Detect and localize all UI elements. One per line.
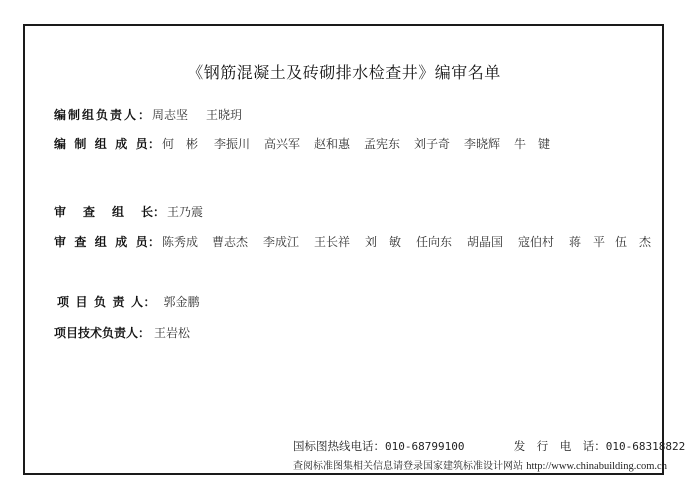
person-name: 周志坚 [152,106,206,123]
editor-members-colon: ： [148,135,160,152]
person-name: 高兴军 [264,135,314,152]
hotline-number: 010-68799100 [385,440,464,453]
document-title: 《钢筋混凝土及砖砌排水检查井》编审名单 [0,60,688,83]
person-name: 赵和惠 [314,135,364,152]
editor-lead-row: 编制组负责人 ： 周志坚 王晓玥 [54,104,242,124]
footer-phone-line: 国标图热线电话：010-68799100 发 行 电 话：010-6831882… [293,438,685,454]
person-name: 胡晶国 [467,233,518,250]
editor-lead-names: 周志坚 王晓玥 [152,106,242,123]
editor-members-row: 编制组成员 ： 何 彬 李振川 高兴军 赵和惠 孟宪东 刘子奇 李晓辉 牛 键 [54,133,550,153]
project-tech-lead-names: 王岩松 [154,324,190,341]
editor-lead-colon: ： [138,106,150,123]
review-members-colon: ： [148,233,160,250]
project-lead-names: 郭金鹏 [164,293,200,310]
person-name: 刘子奇 [414,135,464,152]
website-link[interactable]: http://www.chinabuilding.com.cn [526,461,667,472]
review-members-label: 审查组成员 [54,233,156,250]
review-members-row: 审查组成员 ： 陈秀成 曹志杰 李成江 王长祥 刘 敏 任向东 胡晶国 寇伯村 … [54,231,651,251]
person-name: 伍 杰 [615,233,651,250]
person-name: 曹志杰 [212,233,263,250]
person-name: 孟宪东 [364,135,414,152]
project-tech-lead-colon: ： [138,324,150,341]
hotline-label: 国标图热线电话： [293,439,385,453]
person-name: 牛 键 [514,135,550,152]
person-name: 陈秀成 [162,233,212,250]
footer-website-line: 查阅标准图集相关信息请登录国家建筑标准设计网站 http://www.china… [293,457,667,472]
person-name: 王晓玥 [206,106,242,123]
project-tech-lead-row: 项目技术负责人 ： 王岩松 [54,322,190,342]
person-name: 任向东 [416,233,467,250]
person-name: 郭金鹏 [164,293,200,310]
person-name: 刘 敏 [365,233,416,250]
person-name: 寇伯村 [518,233,569,250]
review-lead-row: 审查组长 ： 王乃震 [54,201,203,221]
person-name: 李晓辉 [464,135,514,152]
editor-lead-label: 编制组负责人 [54,106,138,123]
person-name: 李振川 [214,135,264,152]
project-tech-lead-label: 项目技术负责人 [54,324,138,341]
person-name: 李成江 [263,233,314,250]
project-lead-colon: ： [144,293,156,310]
project-lead-row: 项目负责人 ： 郭金鹏 [57,291,200,311]
editor-members-names: 何 彬 李振川 高兴军 赵和惠 孟宪东 刘子奇 李晓辉 牛 键 [162,135,550,152]
person-name: 何 彬 [162,135,214,152]
person-name: 蒋 平 [569,233,615,250]
person-name: 王乃震 [167,203,203,220]
review-lead-colon: ： [153,203,165,220]
issue-phone-number: 010-68318822 [606,440,685,453]
issue-phone-label: 发 行 电 话： [514,439,606,453]
editor-members-label: 编制组成员 [54,135,156,152]
review-members-names: 陈秀成 曹志杰 李成江 王长祥 刘 敏 任向东 胡晶国 寇伯村 蒋 平 伍 杰 [162,233,651,250]
person-name: 王长祥 [314,233,365,250]
website-text: 查阅标准图集相关信息请登录国家建筑标准设计网站 [293,461,523,472]
person-name: 王岩松 [154,324,190,341]
review-lead-names: 王乃震 [167,203,203,220]
project-lead-label: 项目负责人 [57,293,150,310]
